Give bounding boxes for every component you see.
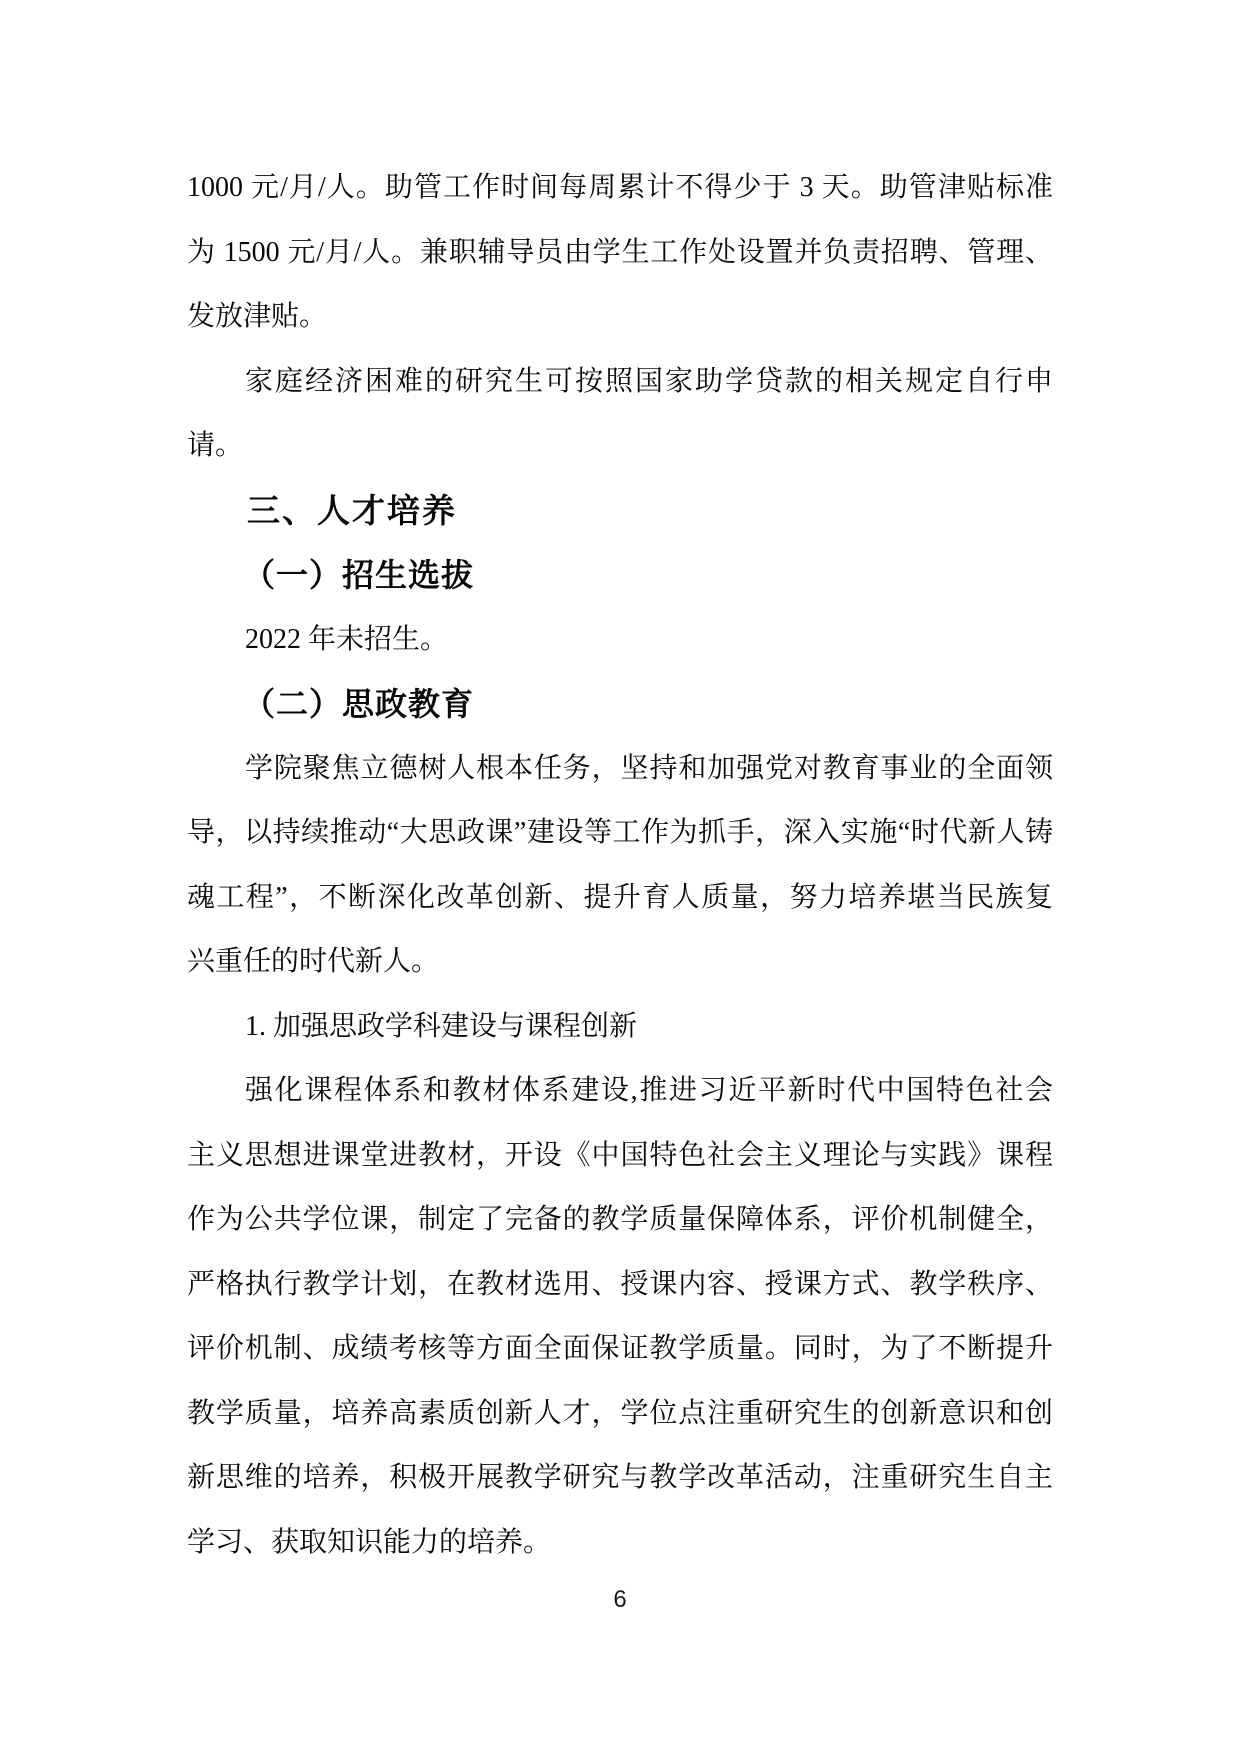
paragraph-line: 请。 — [187, 414, 1053, 479]
paragraph-line: 1000 元/月/人。助管工作时间每周累计不得少于 3 天。助管津贴标准 — [187, 156, 1053, 221]
paragraph-line: 作为公共学位课，制定了完备的教学质量保障体系，评价机制健全， — [187, 1188, 1053, 1253]
paragraph-line: 魂工程”，不断深化改革创新、提升育人质量，努力培养堪当民族复 — [187, 866, 1053, 931]
subsection-heading-ideological-education: （二）思政教育 — [187, 672, 1053, 737]
numbered-item-heading: 1. 加强思政学科建设与课程创新 — [187, 995, 1053, 1060]
paragraph-line: 学院聚焦立德树人根本任务，坚持和加强党对教育事业的全面领 — [187, 737, 1053, 802]
subsection-heading-enrollment-selection: （一）招生选拔 — [187, 543, 1053, 608]
paragraph-line: 学习、获取知识能力的培养。 — [187, 1511, 1053, 1576]
paragraph-line: 兴重任的时代新人。 — [187, 930, 1053, 995]
paragraph-line: 教学质量，培养高素质创新人才，学位点注重研究生的创新意识和创 — [187, 1382, 1053, 1447]
section-heading-talent-cultivation: 三、人才培养 — [187, 479, 1053, 544]
page-number: 6 — [0, 1586, 1240, 1614]
paragraph-line: 家庭经济困难的研究生可按照国家助学贷款的相关规定自行申 — [187, 350, 1053, 415]
paragraph-line: 2022 年未招生。 — [187, 608, 1053, 673]
document-page: 1000 元/月/人。助管工作时间每周累计不得少于 3 天。助管津贴标准 为 1… — [0, 0, 1240, 1753]
document-body: 1000 元/月/人。助管工作时间每周累计不得少于 3 天。助管津贴标准 为 1… — [187, 156, 1053, 1575]
paragraph-line: 发放津贴。 — [187, 285, 1053, 350]
paragraph-line: 强化课程体系和教材体系建设,推进习近平新时代中国特色社会 — [187, 1059, 1053, 1124]
paragraph-line: 新思维的培养，积极开展教学研究与教学改革活动，注重研究生自主 — [187, 1446, 1053, 1511]
paragraph-line: 评价机制、成绩考核等方面全面保证教学质量。同时，为了不断提升 — [187, 1317, 1053, 1382]
paragraph-line: 导，以持续推动“大思政课”建设等工作为抓手，深入实施“时代新人铸 — [187, 801, 1053, 866]
paragraph-line: 主义思想进课堂进教材，开设《中国特色社会主义理论与实践》课程 — [187, 1124, 1053, 1189]
paragraph-line: 为 1500 元/月/人。兼职辅导员由学生工作处设置并负责招聘、管理、 — [187, 221, 1053, 286]
paragraph-line: 严格执行教学计划，在教材选用、授课内容、授课方式、教学秩序、 — [187, 1253, 1053, 1318]
